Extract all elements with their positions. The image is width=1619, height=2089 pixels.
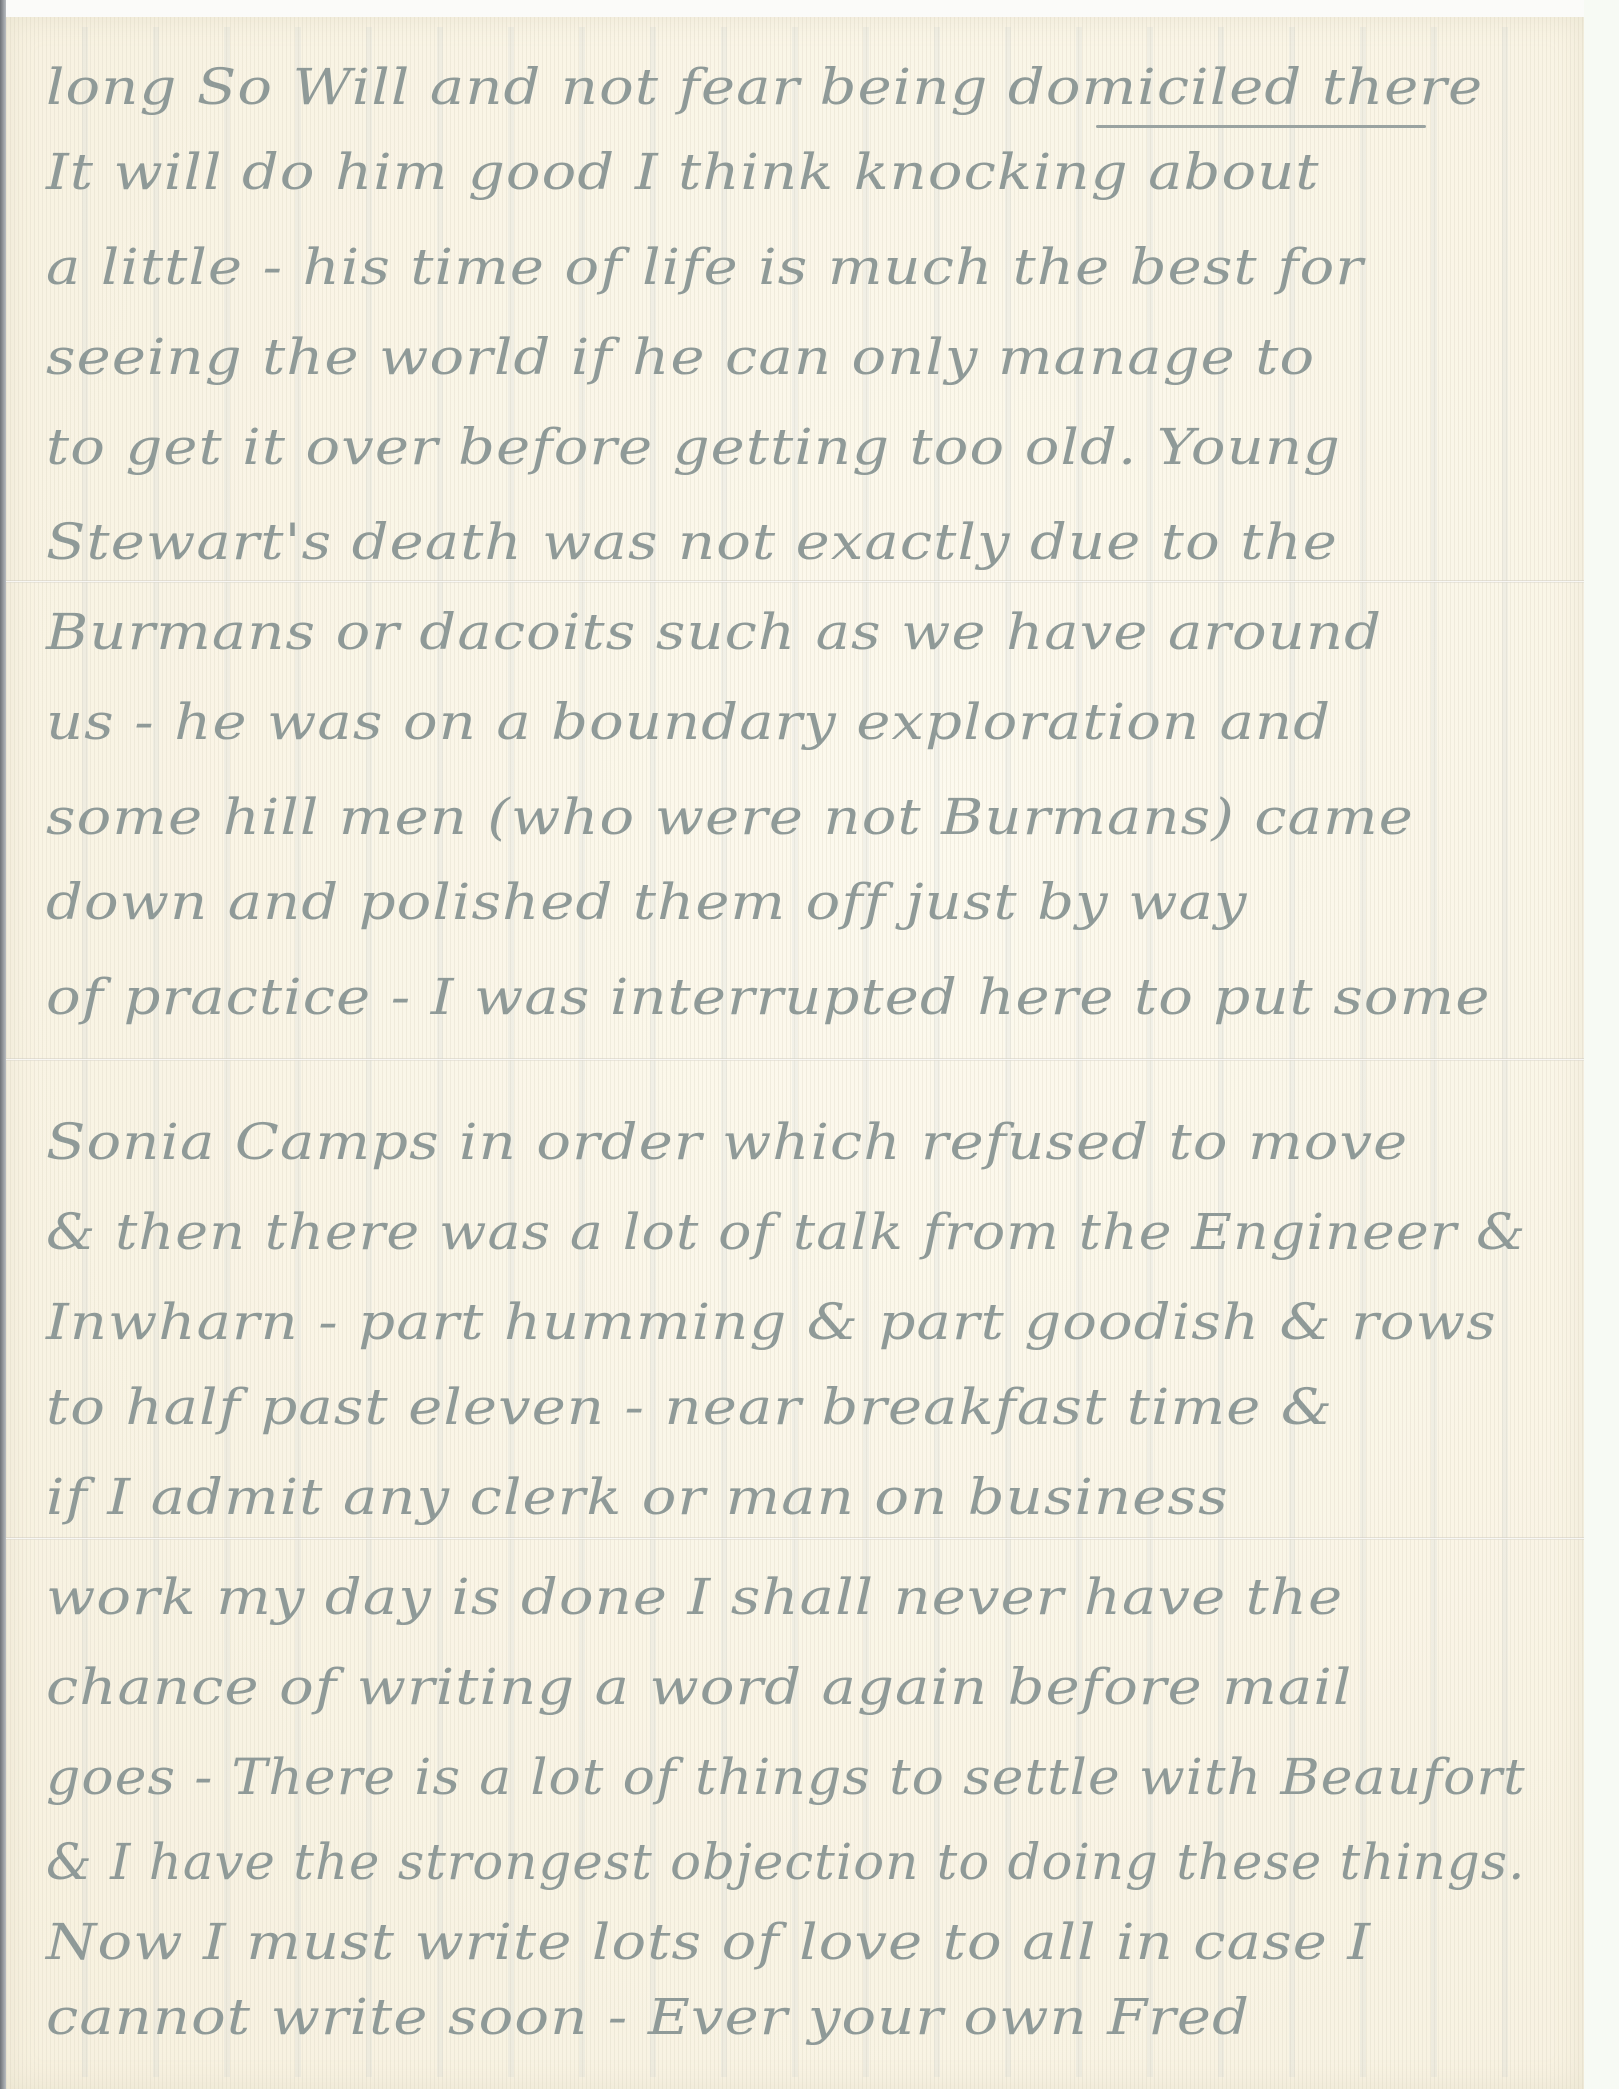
letter-line: & then there was a lot of talk from the … (46, 1207, 1526, 1257)
letter-closing-line: cannot write soon - Ever your own Fred (46, 1992, 1250, 2042)
paper-fold-line (6, 1537, 1584, 1540)
letter-line: & I have the strongest objection to doin… (46, 1837, 1526, 1887)
underline-domiciled (1096, 125, 1426, 128)
letter-line: to get it over before getting too old. Y… (46, 422, 1341, 472)
paper-fold-line (6, 1058, 1584, 1061)
letter-line: chance of writing a word again before ma… (46, 1662, 1352, 1712)
letter-line: Burmans or dacoits such as we have aroun… (46, 607, 1382, 657)
paper-fold-line (6, 580, 1584, 583)
letter-line: us - he was on a boundary exploration an… (46, 697, 1331, 747)
letter-line: of practice - I was interrupted here to … (46, 972, 1491, 1022)
letter-line: seeing the world if he can only manage t… (46, 332, 1315, 382)
letter-line: a little - his time of life is much the … (46, 242, 1364, 292)
letter-line: Stewart's death was not exactly due to t… (46, 517, 1338, 567)
letter-line: long So Will and not fear being domicile… (46, 62, 1483, 112)
letter-line: work my day is done I shall never have t… (46, 1572, 1343, 1622)
letter-line: down and polished them off just by way (46, 877, 1248, 927)
letter-paper: long So Will and not fear being domicile… (6, 17, 1584, 2089)
letter-line: Now I must write lots of love to all in … (46, 1917, 1371, 1967)
scan-right-margin (1584, 0, 1619, 2089)
letter-line: goes - There is a lot of things to settl… (46, 1752, 1526, 1802)
letter-line: It will do him good I think knocking abo… (46, 147, 1320, 197)
letter-line: some hill men (who were not Burmans) cam… (46, 792, 1414, 842)
letter-line: if I admit any clerk or man on business (46, 1472, 1229, 1522)
scan-top-margin (0, 0, 1619, 17)
letter-line: Inwharn - part humming & part goodish & … (46, 1297, 1497, 1347)
letter-line: to half past eleven - near breakfast tim… (46, 1382, 1333, 1432)
letter-line: Sonia Camps in order which refused to mo… (46, 1117, 1408, 1167)
